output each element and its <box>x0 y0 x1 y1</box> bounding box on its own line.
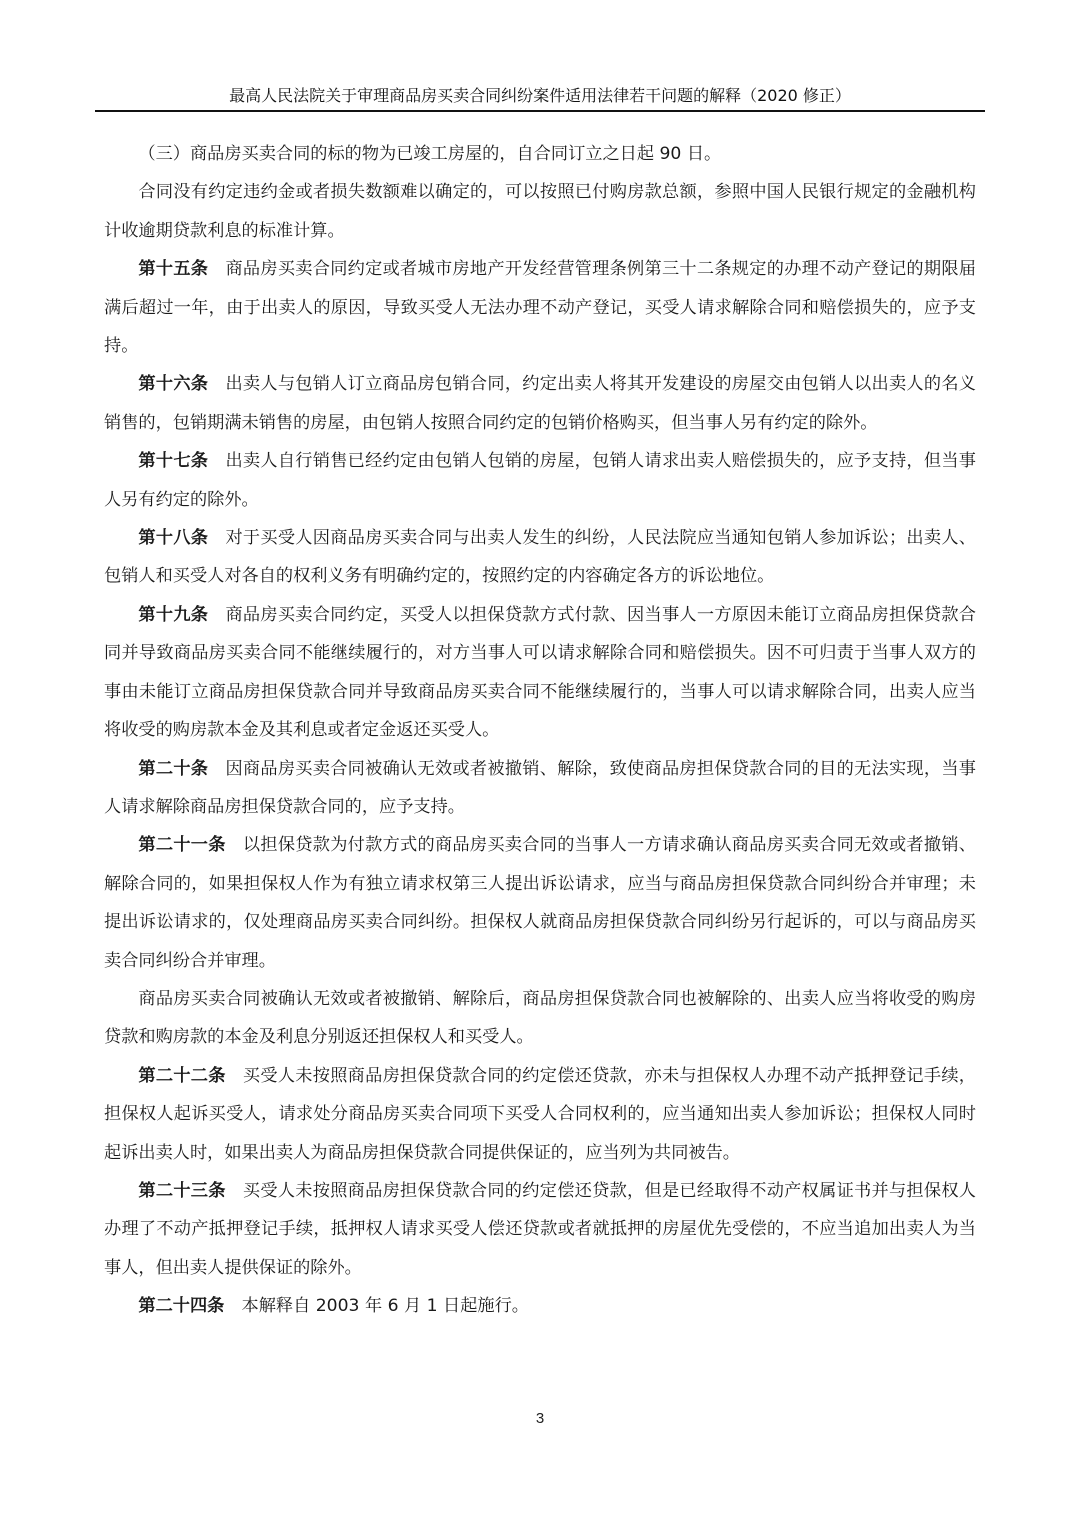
article-15: 第十五条商品房买卖合同约定或者城市房地产开发经营管理条例第三十二条规定的办理不动… <box>104 250 976 365</box>
header-divider <box>95 110 985 112</box>
article-text: 以担保贷款为付款方式的商品房买卖合同的当事人一方请求确认商品房买卖合同无效或者撤… <box>104 835 976 970</box>
article-text: 买受人未按照商品房担保贷款合同的约定偿还贷款，但是已经取得不动产权属证书并与担保… <box>104 1181 976 1278</box>
article-16: 第十六条出卖人与包销人订立商品房包销合同，约定出卖人将其开发建设的房屋交由包销人… <box>104 365 976 442</box>
paragraph: 商品房买卖合同被确认无效或者被撤销、解除后，商品房担保贷款合同也被解除的、出卖人… <box>104 980 976 1057</box>
article-23: 第二十三条买受人未按照商品房担保贷款合同的约定偿还贷款，但是已经取得不动产权属证… <box>104 1172 976 1287</box>
article-number: 第十九条 <box>138 605 208 625</box>
page-number: 3 <box>0 1410 1080 1427</box>
article-text: 因商品房买卖合同被确认无效或者被撤销、解除，致使商品房担保贷款合同的目的无法实现… <box>104 759 976 817</box>
document-body: （三）商品房买卖合同的标的物为已竣工房屋的，自合同订立之日起 90 日。 合同没… <box>104 135 976 1326</box>
article-17: 第十七条出卖人自行销售已经约定由包销人包销的房屋，包销人请求出卖人赔偿损失的，应… <box>104 442 976 519</box>
paragraph-text: 商品房买卖合同被确认无效或者被撤销、解除后，商品房担保贷款合同也被解除的、出卖人… <box>104 989 976 1047</box>
article-text: 出卖人自行销售已经约定由包销人包销的房屋，包销人请求出卖人赔偿损失的，应予支持，… <box>104 451 976 509</box>
paragraph: （三）商品房买卖合同的标的物为已竣工房屋的，自合同订立之日起 90 日。 <box>104 135 976 173</box>
running-header-title: 最高人民法院关于审理商品房买卖合同纠纷案件适用法律若干问题的解释（2020 修正… <box>95 86 985 106</box>
article-22: 第二十二条买受人未按照商品房担保贷款合同的约定偿还贷款，亦未与担保权人办理不动产… <box>104 1057 976 1172</box>
article-text: 买受人未按照商品房担保贷款合同的约定偿还贷款，亦未与担保权人办理不动产抵押登记手… <box>104 1066 976 1163</box>
article-text: 商品房买卖合同约定或者城市房地产开发经营管理条例第三十二条规定的办理不动产登记的… <box>104 259 976 356</box>
article-24: 第二十四条本解释自 2003 年 6 月 1 日起施行。 <box>104 1287 976 1325</box>
paragraph-text: （三）商品房买卖合同的标的物为已竣工房屋的，自合同订立之日起 90 日。 <box>138 144 721 164</box>
article-18: 第十八条对于买受人因商品房买卖合同与出卖人发生的纠纷，人民法院应当通知包销人参加… <box>104 519 976 596</box>
article-number: 第二十三条 <box>138 1181 225 1201</box>
article-21: 第二十一条以担保贷款为付款方式的商品房买卖合同的当事人一方请求确认商品房买卖合同… <box>104 826 976 980</box>
article-number: 第十八条 <box>138 528 208 548</box>
paragraph-text: 合同没有约定违约金或者损失数额难以确定的，可以按照已付购房款总额，参照中国人民银… <box>104 182 976 240</box>
article-text: 出卖人与包销人订立商品房包销合同，约定出卖人将其开发建设的房屋交由包销人以出卖人… <box>104 374 976 432</box>
article-number: 第十五条 <box>138 259 208 279</box>
paragraph: 合同没有约定违约金或者损失数额难以确定的，可以按照已付购房款总额，参照中国人民银… <box>104 173 976 250</box>
article-number: 第二十二条 <box>138 1066 225 1086</box>
article-20: 第二十条因商品房买卖合同被确认无效或者被撤销、解除，致使商品房担保贷款合同的目的… <box>104 750 976 827</box>
article-number: 第二十一条 <box>138 835 225 855</box>
article-number: 第二十条 <box>138 759 208 779</box>
article-text: 对于买受人因商品房买卖合同与出卖人发生的纠纷，人民法院应当通知包销人参加诉讼；出… <box>104 528 976 586</box>
article-number: 第十七条 <box>138 451 208 471</box>
article-19: 第十九条商品房买卖合同约定，买受人以担保贷款方式付款、因当事人一方原因未能订立商… <box>104 596 976 750</box>
article-number: 第二十四条 <box>138 1296 224 1316</box>
article-number: 第十六条 <box>138 374 208 394</box>
article-text: 商品房买卖合同约定，买受人以担保贷款方式付款、因当事人一方原因未能订立商品房担保… <box>104 605 976 740</box>
article-text: 本解释自 2003 年 6 月 1 日起施行。 <box>242 1296 529 1316</box>
